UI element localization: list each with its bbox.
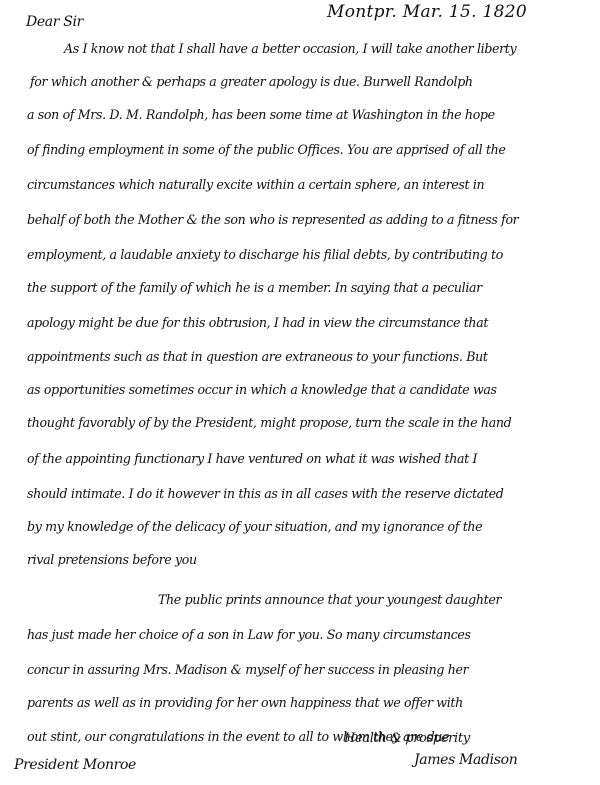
body-line: parents as well as in providing for her … (27, 695, 463, 710)
dateline: Montpr. Mar. 15. 1820 (327, 2, 527, 22)
body-line: by my knowledge of the delicacy of your … (27, 519, 482, 534)
body-line: as opportunities sometimes occur in whic… (27, 382, 497, 397)
letter-page: Montpr. Mar. 15. 1820 Dear Sir As I know… (0, 0, 600, 785)
signature: James Madison (414, 752, 517, 768)
body-line: the support of the family of which he is… (27, 280, 482, 295)
addressee: President Monroe (14, 757, 136, 773)
body-line: of finding employment in some of the pub… (27, 142, 506, 157)
body-line: circumstances which naturally excite wit… (27, 177, 484, 192)
body-line: appointments such as that in question ar… (27, 349, 488, 364)
body-line: should intimate. I do it however in this… (27, 486, 503, 501)
salutation: Dear Sir (26, 14, 83, 30)
body-line: employment, a laudable anxiety to discha… (27, 247, 503, 262)
body-line: of the appointing functionary I have ven… (27, 451, 477, 466)
closing: Health & prosperity (344, 731, 470, 746)
body-line: thought favorably of by the President, m… (27, 415, 511, 430)
body-line: has just made her choice of a son in Law… (27, 627, 471, 642)
body-line: apology might be due for this obtrusion,… (27, 315, 488, 330)
body-line: rival pretensions before you (27, 552, 197, 567)
body-line: behalf of both the Mother & the son who … (27, 212, 518, 227)
body-line: As I know not that I shall have a better… (64, 41, 516, 56)
body-line: for which another & perhaps a greater ap… (30, 74, 473, 89)
body-line: concur in assuring Mrs. Madison & myself… (27, 662, 468, 677)
body-line: a son of Mrs. D. M. Randolph, has been s… (27, 107, 495, 122)
body-line: The public prints announce that your you… (158, 592, 501, 607)
